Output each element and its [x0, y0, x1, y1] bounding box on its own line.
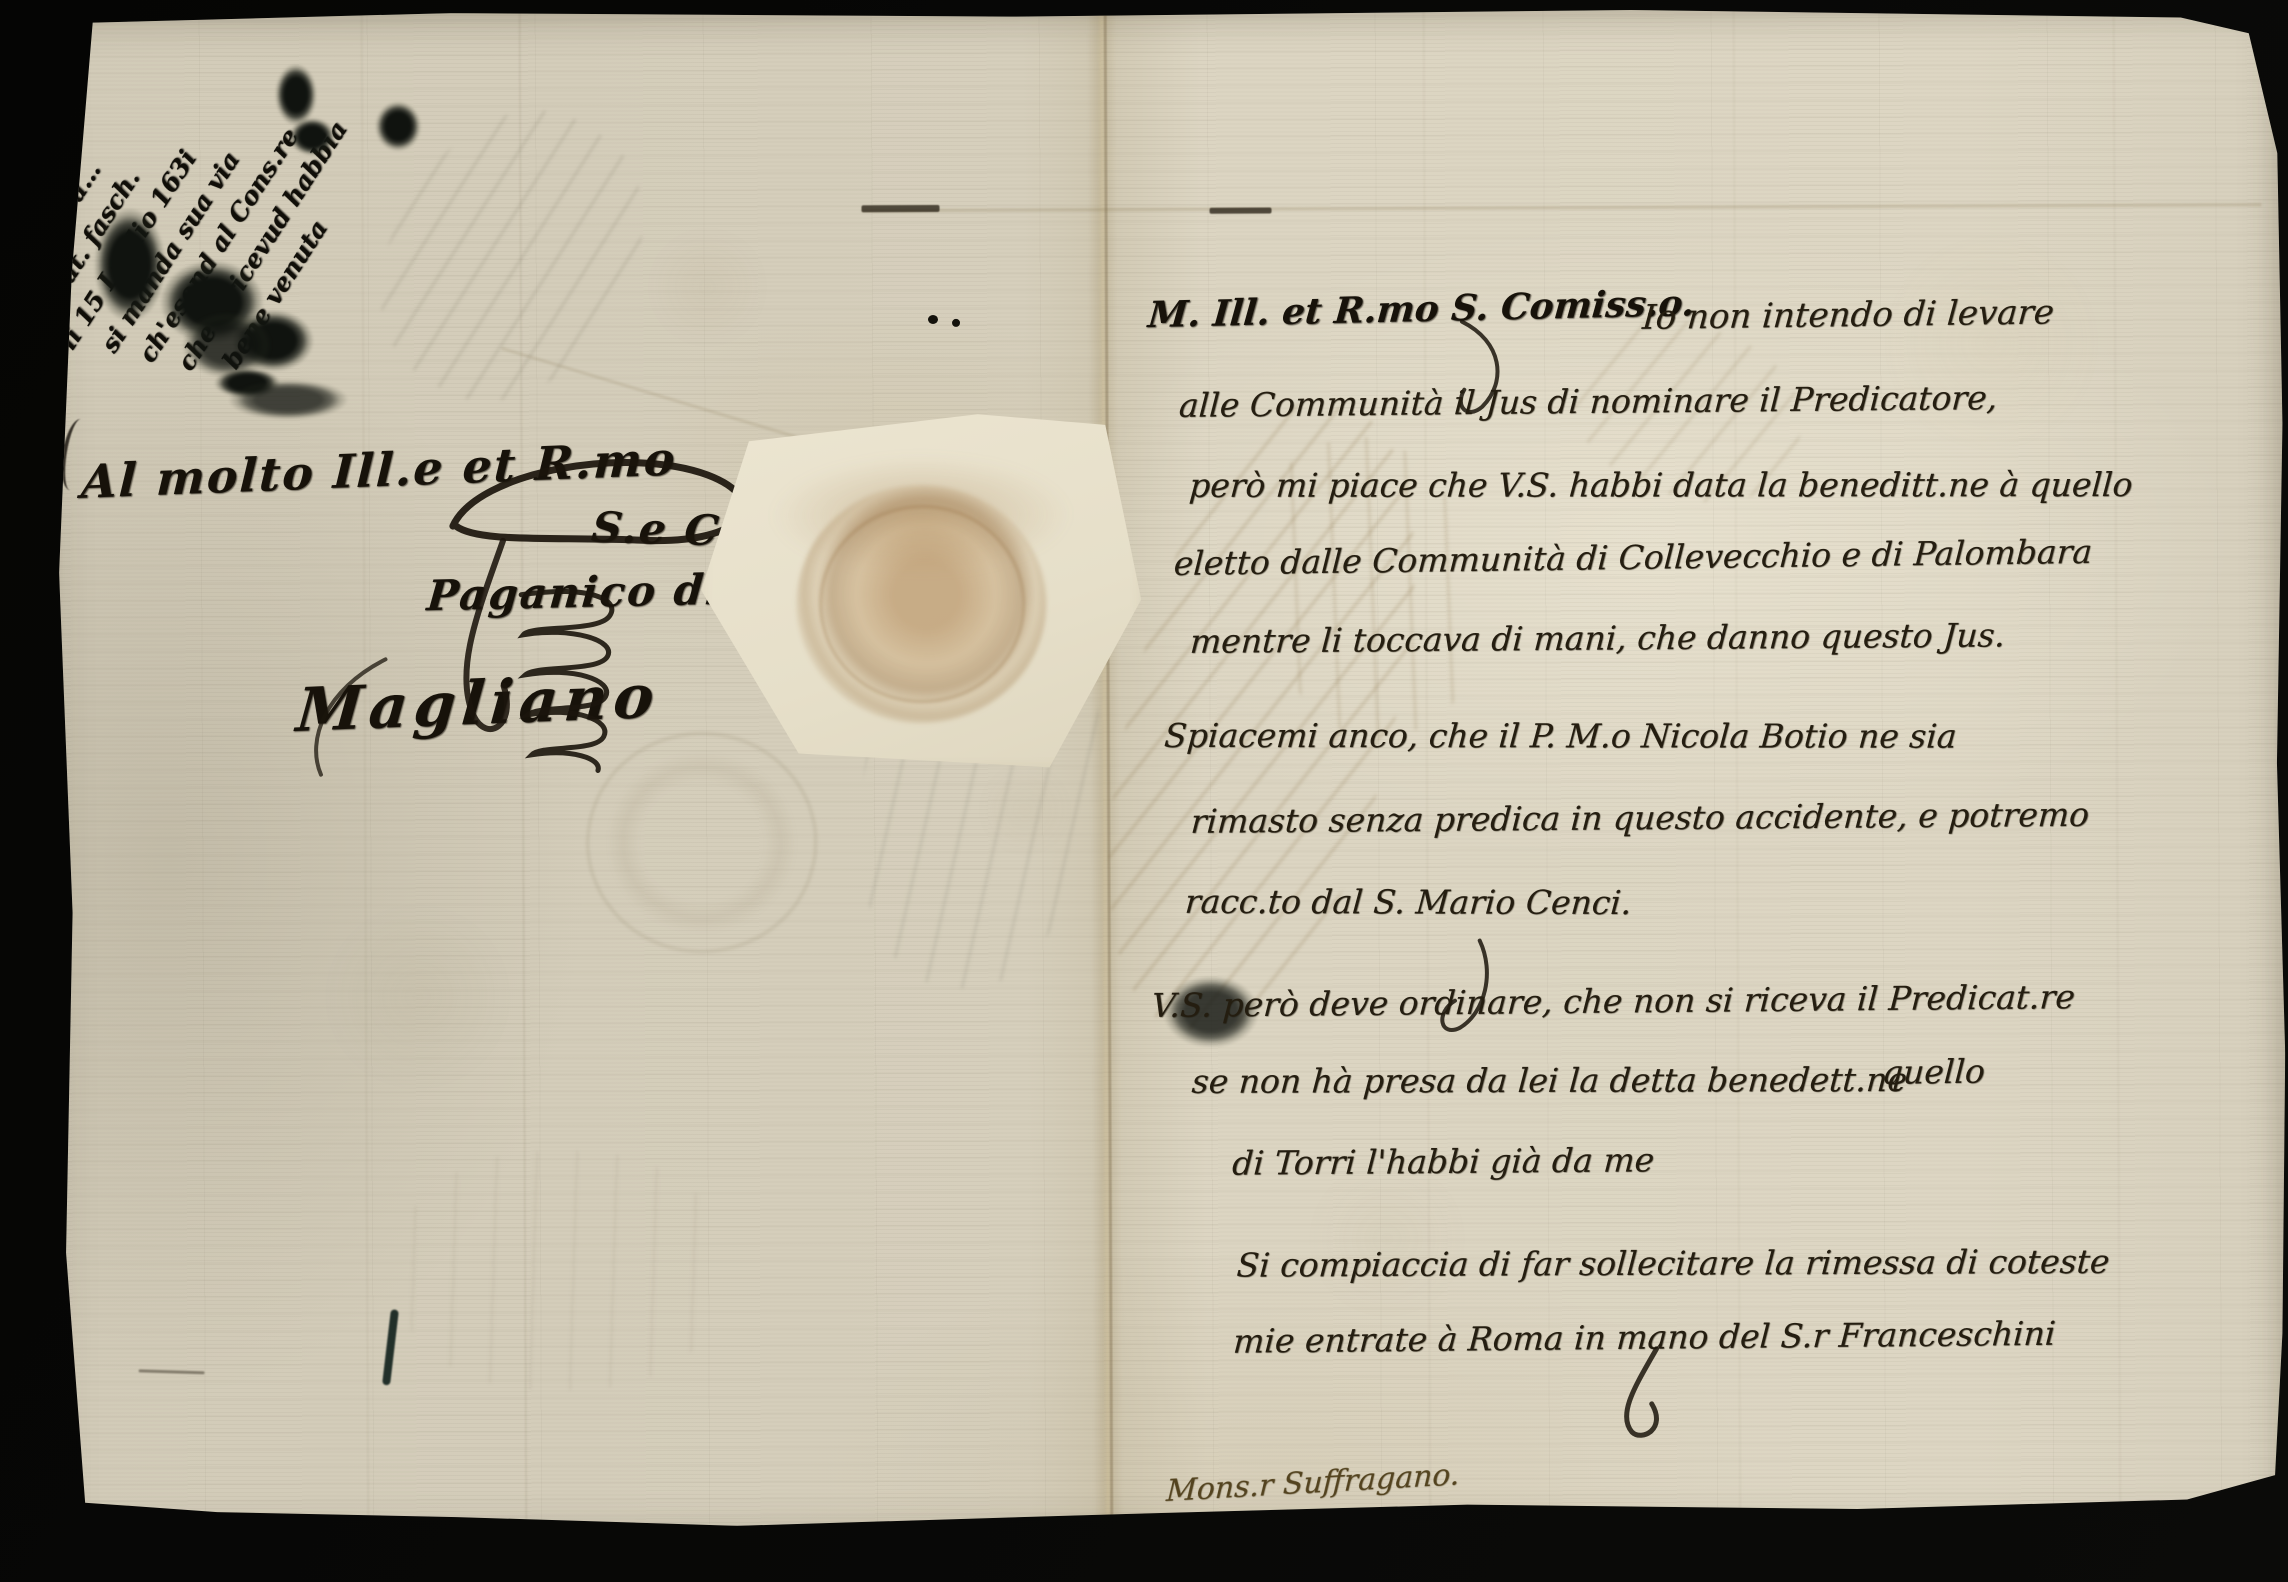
crease-line	[1733, 5, 1742, 1545]
crease-line	[2113, 4, 2122, 1544]
crease-line	[1423, 7, 1432, 1547]
ink-blot	[228, 380, 348, 421]
pencil-stroke	[139, 1369, 205, 1374]
letter-line: se non hà presa da lei la detta benedett…	[1191, 1060, 1909, 1101]
bleedthrough-text	[396, 1150, 727, 1391]
letter-line: rimasto senza predica in questo accident…	[1190, 795, 2091, 841]
address-line: Al molto Ill.e et R.mo	[80, 431, 678, 509]
address-place: Magliano	[294, 661, 663, 746]
ink-blot	[275, 64, 317, 126]
wax-seal-ring	[819, 505, 1026, 704]
letter-opening: Io non intendo di levare	[1641, 292, 2056, 337]
letter-line: mie entrate à Roma in mano del S.r Franc…	[1232, 1314, 2057, 1361]
ink-dot	[1133, 1532, 1159, 1548]
ink-dot	[952, 319, 960, 327]
ink-transfer-dash	[861, 205, 939, 212]
ink-tick	[382, 1309, 399, 1385]
letter-heading: M. Ill. et R.mo S. Comiss.o.	[1146, 282, 1696, 336]
crease-line	[361, 11, 370, 1551]
ink-blot	[94, 207, 167, 322]
letter-line: quello	[1881, 1052, 1986, 1092]
docket-bottom: Mons.r Suffragano.	[1165, 1457, 1460, 1509]
photograph-background: Mmora… il Lat. fasch. li 15 Luglio 163i …	[0, 0, 2288, 1582]
flourish-signature-tail	[1596, 1344, 1686, 1444]
ink-blot	[375, 101, 421, 151]
letter-line: Si compiaccia di far sollecitare la rime…	[1235, 1242, 2110, 1285]
ink-transfer-dash	[1210, 208, 1272, 214]
seal-offset-ghost	[586, 731, 818, 953]
letter-line: di Torri l'habbi già da me	[1231, 1140, 1655, 1182]
letter-sheet: Mmora… il Lat. fasch. li 15 Luglio 163i …	[31, 3, 2288, 1553]
ink-blot	[289, 118, 335, 156]
letter-line: alle Communità il Jus di nominare il Pre…	[1178, 378, 1999, 425]
letter-line: mentre li toccava di mani, che danno que…	[1189, 615, 2006, 660]
letter-line: racc.to dal S. Mario Cenci.	[1184, 882, 1633, 922]
crease-line	[519, 11, 528, 1551]
letter-line: V.S. però deve ordinare, che non si rice…	[1151, 977, 2077, 1025]
letter-line: eletto dalle Communità di Collevecchio e…	[1173, 532, 2094, 583]
seal-patch	[700, 406, 1142, 780]
letter-line: Spiacemi anco, che il P. M.o Nicola Boti…	[1163, 716, 1958, 756]
ink-dot	[1169, 1538, 1187, 1550]
ink-dot	[928, 315, 938, 324]
letter-line: però mi piace che V.S. habbi data la ben…	[1188, 465, 2134, 505]
crease-line-horizontal	[862, 203, 2262, 212]
